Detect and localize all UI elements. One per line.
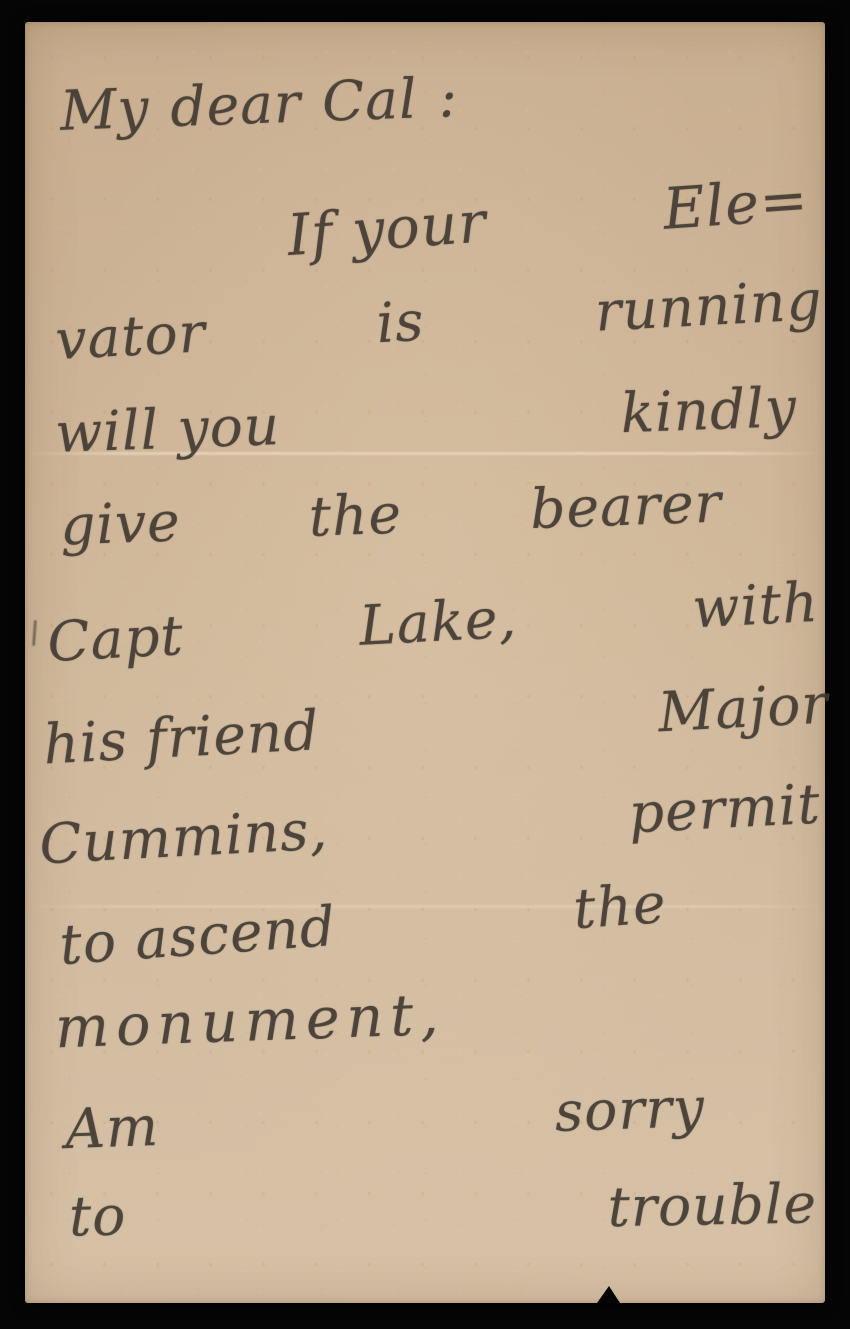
- letter-line-7: Cummins, permit: [38, 774, 822, 875]
- paper-tear-notch: [597, 1286, 620, 1303]
- line-word-group: Major: [657, 673, 831, 742]
- letter-line-1: If your Ele=: [285, 169, 810, 268]
- letter-line-10: Am sorry: [64, 1077, 706, 1160]
- letter-paper: My dear Cal : If your Ele= vator is runn…: [25, 22, 825, 1303]
- photo-background: My dear Cal : If your Ele= vator is runn…: [0, 0, 850, 1329]
- line-word-group: permit: [627, 774, 822, 844]
- line-word-group: his friend: [42, 700, 321, 775]
- line-word-group: Ele=: [661, 169, 810, 242]
- letter-line-6: his friend Major: [42, 673, 830, 775]
- letter-line-4: give the bearer: [59, 472, 723, 556]
- line-word-group: Cummins,: [38, 799, 329, 875]
- letter-line-8: to ascend the: [58, 873, 669, 976]
- line-word-group: to: [69, 1186, 127, 1247]
- line-word-group: the: [571, 873, 668, 940]
- pencil-mark: [32, 620, 37, 646]
- line-word-group: trouble: [607, 1173, 817, 1237]
- letter-line-3: will you kindly: [54, 377, 798, 463]
- letter-line-9: monument,: [54, 983, 476, 1060]
- line-word-group: If your: [285, 191, 488, 267]
- line-word-group: will you: [54, 395, 281, 463]
- line-word-group: kindly: [620, 377, 798, 444]
- line-word-group: Am: [64, 1096, 160, 1160]
- letter-line-5: Capt Lake, with: [46, 572, 820, 673]
- letter-line-2: vator is running: [54, 270, 824, 371]
- letter-line-11: to trouble: [69, 1173, 818, 1247]
- salutation-line: My dear Cal :: [59, 67, 459, 141]
- line-word-group: sorry: [554, 1077, 706, 1143]
